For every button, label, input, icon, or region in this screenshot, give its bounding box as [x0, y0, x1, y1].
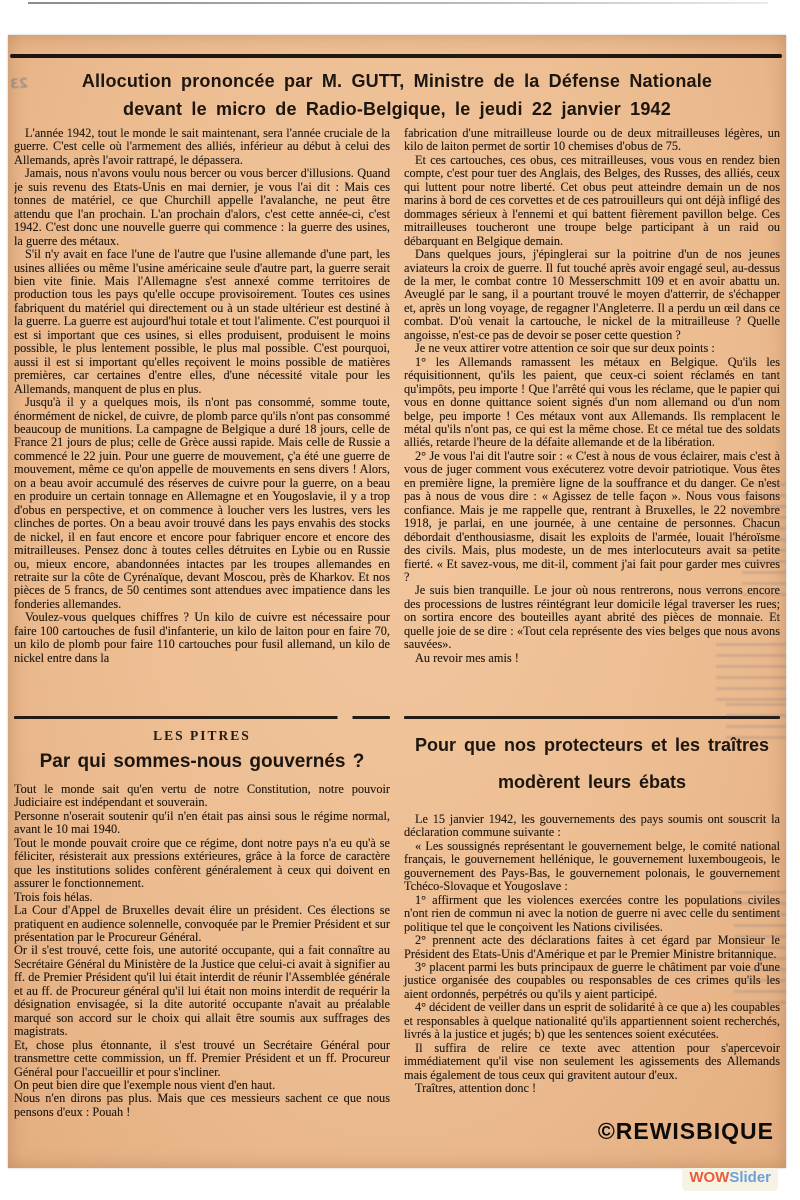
- right-article-protecteurs: Pour que nos protecteurs et les traîtres…: [404, 727, 780, 1096]
- left-article-gutt-speech: L'année 1942, tout le monde le sait main…: [14, 127, 390, 710]
- masthead-line2: devant le micro de Radio-Belgique, le je…: [8, 95, 786, 123]
- paragraph: fabrication d'une mitrailleuse lourde ou…: [404, 127, 780, 154]
- paragraph: S'il n'y avait en face l'une de l'autre …: [14, 248, 390, 396]
- paragraph: 1° affirment que les violences exercées …: [404, 894, 780, 934]
- right-article-gutt-speech-cont: fabrication d'une mitrailleuse lourde ou…: [404, 127, 780, 710]
- ink-bleedthrough-smudge: [716, 643, 786, 709]
- paragraph: Le 15 janvier 1942, les gouvernements de…: [404, 813, 780, 840]
- wowslider-wow-text: WOW: [689, 1169, 729, 1186]
- paragraph: Tout le monde sait qu'en vertu de notre …: [14, 783, 390, 810]
- section-divider-right: [404, 716, 780, 719]
- newspaper-scan-page: 23 Allocution prononcée par M. GUTT, Min…: [8, 35, 786, 1168]
- paragraph: « Les soussignés représentant le gouvern…: [404, 840, 780, 894]
- article-title-line2: modèrent leurs ébats: [498, 772, 686, 792]
- paragraph: Traîtres, attention donc !: [404, 1082, 780, 1095]
- paragraph: Tout le monde pouvait croire que ce régi…: [14, 837, 390, 891]
- paragraph: Jusqu'à il y a quelques mois, ils n'ont …: [14, 396, 390, 611]
- paragraph: 1° les Allemands ramassent les métaux en…: [404, 356, 780, 450]
- scan-edge-line: [28, 2, 768, 4]
- article-kicker: LES PITRES: [14, 728, 390, 744]
- paragraph: Il suffira de relire ce texte avec atten…: [404, 1042, 780, 1082]
- paragraph: 2° Je vous l'ai dit l'autre soir : « C'e…: [404, 450, 780, 585]
- paragraph: On peut bien dire que l'exemple nous vie…: [14, 1079, 390, 1092]
- paragraph: Je ne veux attirer votre attention ce so…: [404, 342, 780, 355]
- paragraph: Je suis bien tranquille. Le jour où nous…: [404, 584, 780, 651]
- paragraph: Et, chose plus étonnante, il s'est trouv…: [14, 1039, 390, 1079]
- ink-bleedthrough-smudge: [742, 483, 786, 603]
- paragraph: 4° décident de veiller dans un esprit de…: [404, 1001, 780, 1041]
- paragraph: 2° prennent acte des déclarations faites…: [404, 934, 780, 961]
- right-column: fabrication d'une mitrailleuse lourde ou…: [404, 127, 780, 1119]
- paragraph: 3° placent parmi les buts principaux de …: [404, 961, 780, 1001]
- paragraph: Jamais, nous n'avons voulu nous bercer o…: [14, 167, 390, 248]
- paragraph: Or il s'est trouvé, cette fois, une auto…: [14, 944, 390, 1038]
- article-title: Pour que nos protecteurs et les traîtres…: [404, 727, 780, 801]
- left-article-pitres: LES PITRES Par qui sommes-nous gouvernés…: [14, 728, 390, 1119]
- paragraph: La Cour d'Appel de Bruxelles devait élir…: [14, 904, 390, 944]
- wowslider-brand-link[interactable]: WOWSlider: [682, 1168, 778, 1191]
- paragraph: Nous n'en dirons pas plus. Mais que ces …: [14, 1092, 390, 1119]
- left-column: L'année 1942, tout le monde le sait main…: [14, 127, 390, 1119]
- paragraph: Trois fois hélas.: [14, 891, 390, 904]
- section-divider-left: [14, 716, 390, 719]
- masthead-rule: [10, 54, 782, 58]
- paragraph: Personne n'oserait soutenir qu'il n'en é…: [14, 810, 390, 837]
- paragraph: Dans quelques jours, j'épinglerai sur la…: [404, 248, 780, 342]
- body-columns: L'année 1942, tout le monde le sait main…: [14, 127, 780, 1119]
- wowslider-slider-text: Slider: [729, 1169, 771, 1186]
- article-title-line1: Pour que nos protecteurs et les traîtres: [415, 735, 769, 755]
- ink-bleedthrough-smudge: [734, 891, 786, 1011]
- masthead: Allocution prononcée par M. GUTT, Minist…: [8, 67, 786, 123]
- article-title: Par qui sommes-nous gouvernés ?: [14, 751, 390, 773]
- paragraph: L'année 1942, tout le monde le sait main…: [14, 127, 390, 167]
- paragraph: Et ces cartouches, ces obus, ces mitrail…: [404, 154, 780, 248]
- ink-bleedthrough-smudge: [726, 703, 786, 747]
- masthead-line1: Allocution prononcée par M. GUTT, Minist…: [8, 67, 786, 95]
- copyright-watermark: ©REWISBIQUE: [598, 1118, 774, 1145]
- paragraph: Voulez-vous quelques chiffres ? Un kilo …: [14, 611, 390, 665]
